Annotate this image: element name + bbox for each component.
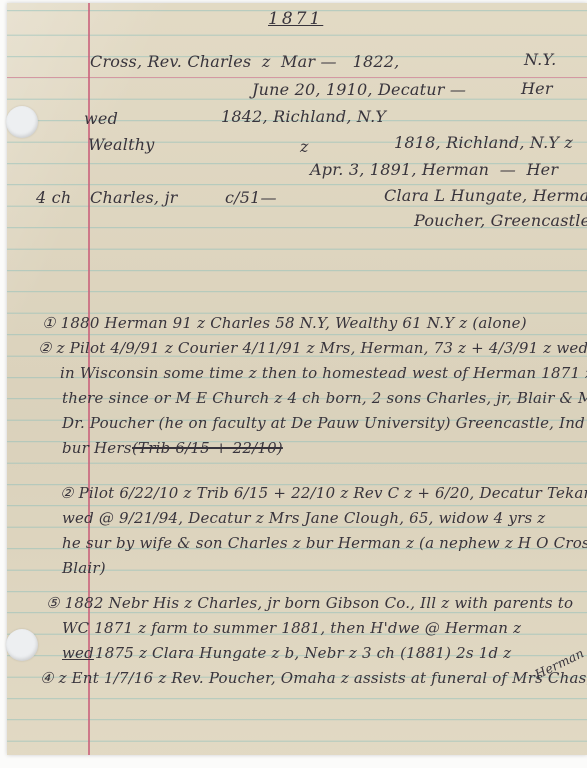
header-line1-right: N.Y.	[524, 51, 556, 69]
note-2-line2: in Wisconsin some time z then to homeste…	[60, 365, 587, 382]
header-line2-left: June 20, 1910, Decatur —	[252, 81, 466, 99]
scanned-notebook-page: { "colors": { "paper": "#e8e0cb", "rule"…	[0, 0, 587, 768]
text-layer: 1871Cross, Rev. Charles z Mar — 1822,N.Y…	[0, 0, 587, 768]
note-2-line1: ② z Pilot 4/9/91 z Courier 4/11/91 z Mrs…	[38, 340, 587, 357]
header-line3-date: 1842, Richland, N.Y	[221, 108, 386, 126]
note-3-line4: Blair)	[62, 560, 106, 577]
note-2-line5: bur Hers	[62, 440, 132, 457]
note-3-line3: he sur by wife & son Charles z bur Herma…	[62, 535, 587, 552]
header-line7: Poucher, Greencastle, Ind	[414, 212, 587, 230]
header-line5: Apr. 3, 1891, Herman — Her	[310, 161, 558, 179]
note-5-line3-wed: wed	[62, 645, 94, 662]
note-2-line3: there since or M E Church z 4 ch born, 2…	[62, 390, 587, 407]
header-line1-left: Cross, Rev. Charles z Mar — 1822,	[90, 53, 399, 71]
header-line6-cite: c/51—	[225, 189, 277, 207]
page-title: 1871	[268, 10, 323, 29]
note-3-line2: wed @ 9/21/94, Decatur z Mrs Jane Clough…	[62, 510, 545, 527]
note-1: ① 1880 Herman 91 z Charles 58 N.Y, Wealt…	[42, 315, 527, 332]
note-5-line1: ⑤ 1882 Nebr His z Charles, jr born Gibso…	[46, 595, 573, 612]
header-line4-z: z	[300, 138, 309, 156]
header-line6-right: Clara L Hungate, Herman	[384, 187, 587, 205]
note-5-line2: WC 1871 z farm to summer 1881, then H'dw…	[62, 620, 521, 637]
header-line4-date: 1818, Richland, N.Y z	[394, 134, 573, 152]
note-4-line1: ④ z Ent 1/7/16 z Rev. Poucher, Omaha z a…	[40, 670, 587, 687]
header-line4-spouse: Wealthy	[88, 136, 154, 154]
note-2-line4: Dr. Poucher (he on faculty at De Pauw Un…	[62, 415, 587, 432]
note-2-line5-struck: (Trib 6/15 + 22/10)	[132, 440, 283, 457]
note-5-line3: 1875 z Clara Hungate z b, Nebr z 3 ch (1…	[95, 645, 511, 662]
note-3-line1: ② Pilot 6/22/10 z Trib 6/15 + 22/10 z Re…	[60, 485, 587, 502]
header-line2-right: Her	[521, 80, 553, 98]
header-line3-wed: wed	[84, 110, 118, 128]
header-line6-ch: 4 ch	[36, 189, 71, 207]
header-line6-name: Charles, jr	[90, 189, 178, 207]
